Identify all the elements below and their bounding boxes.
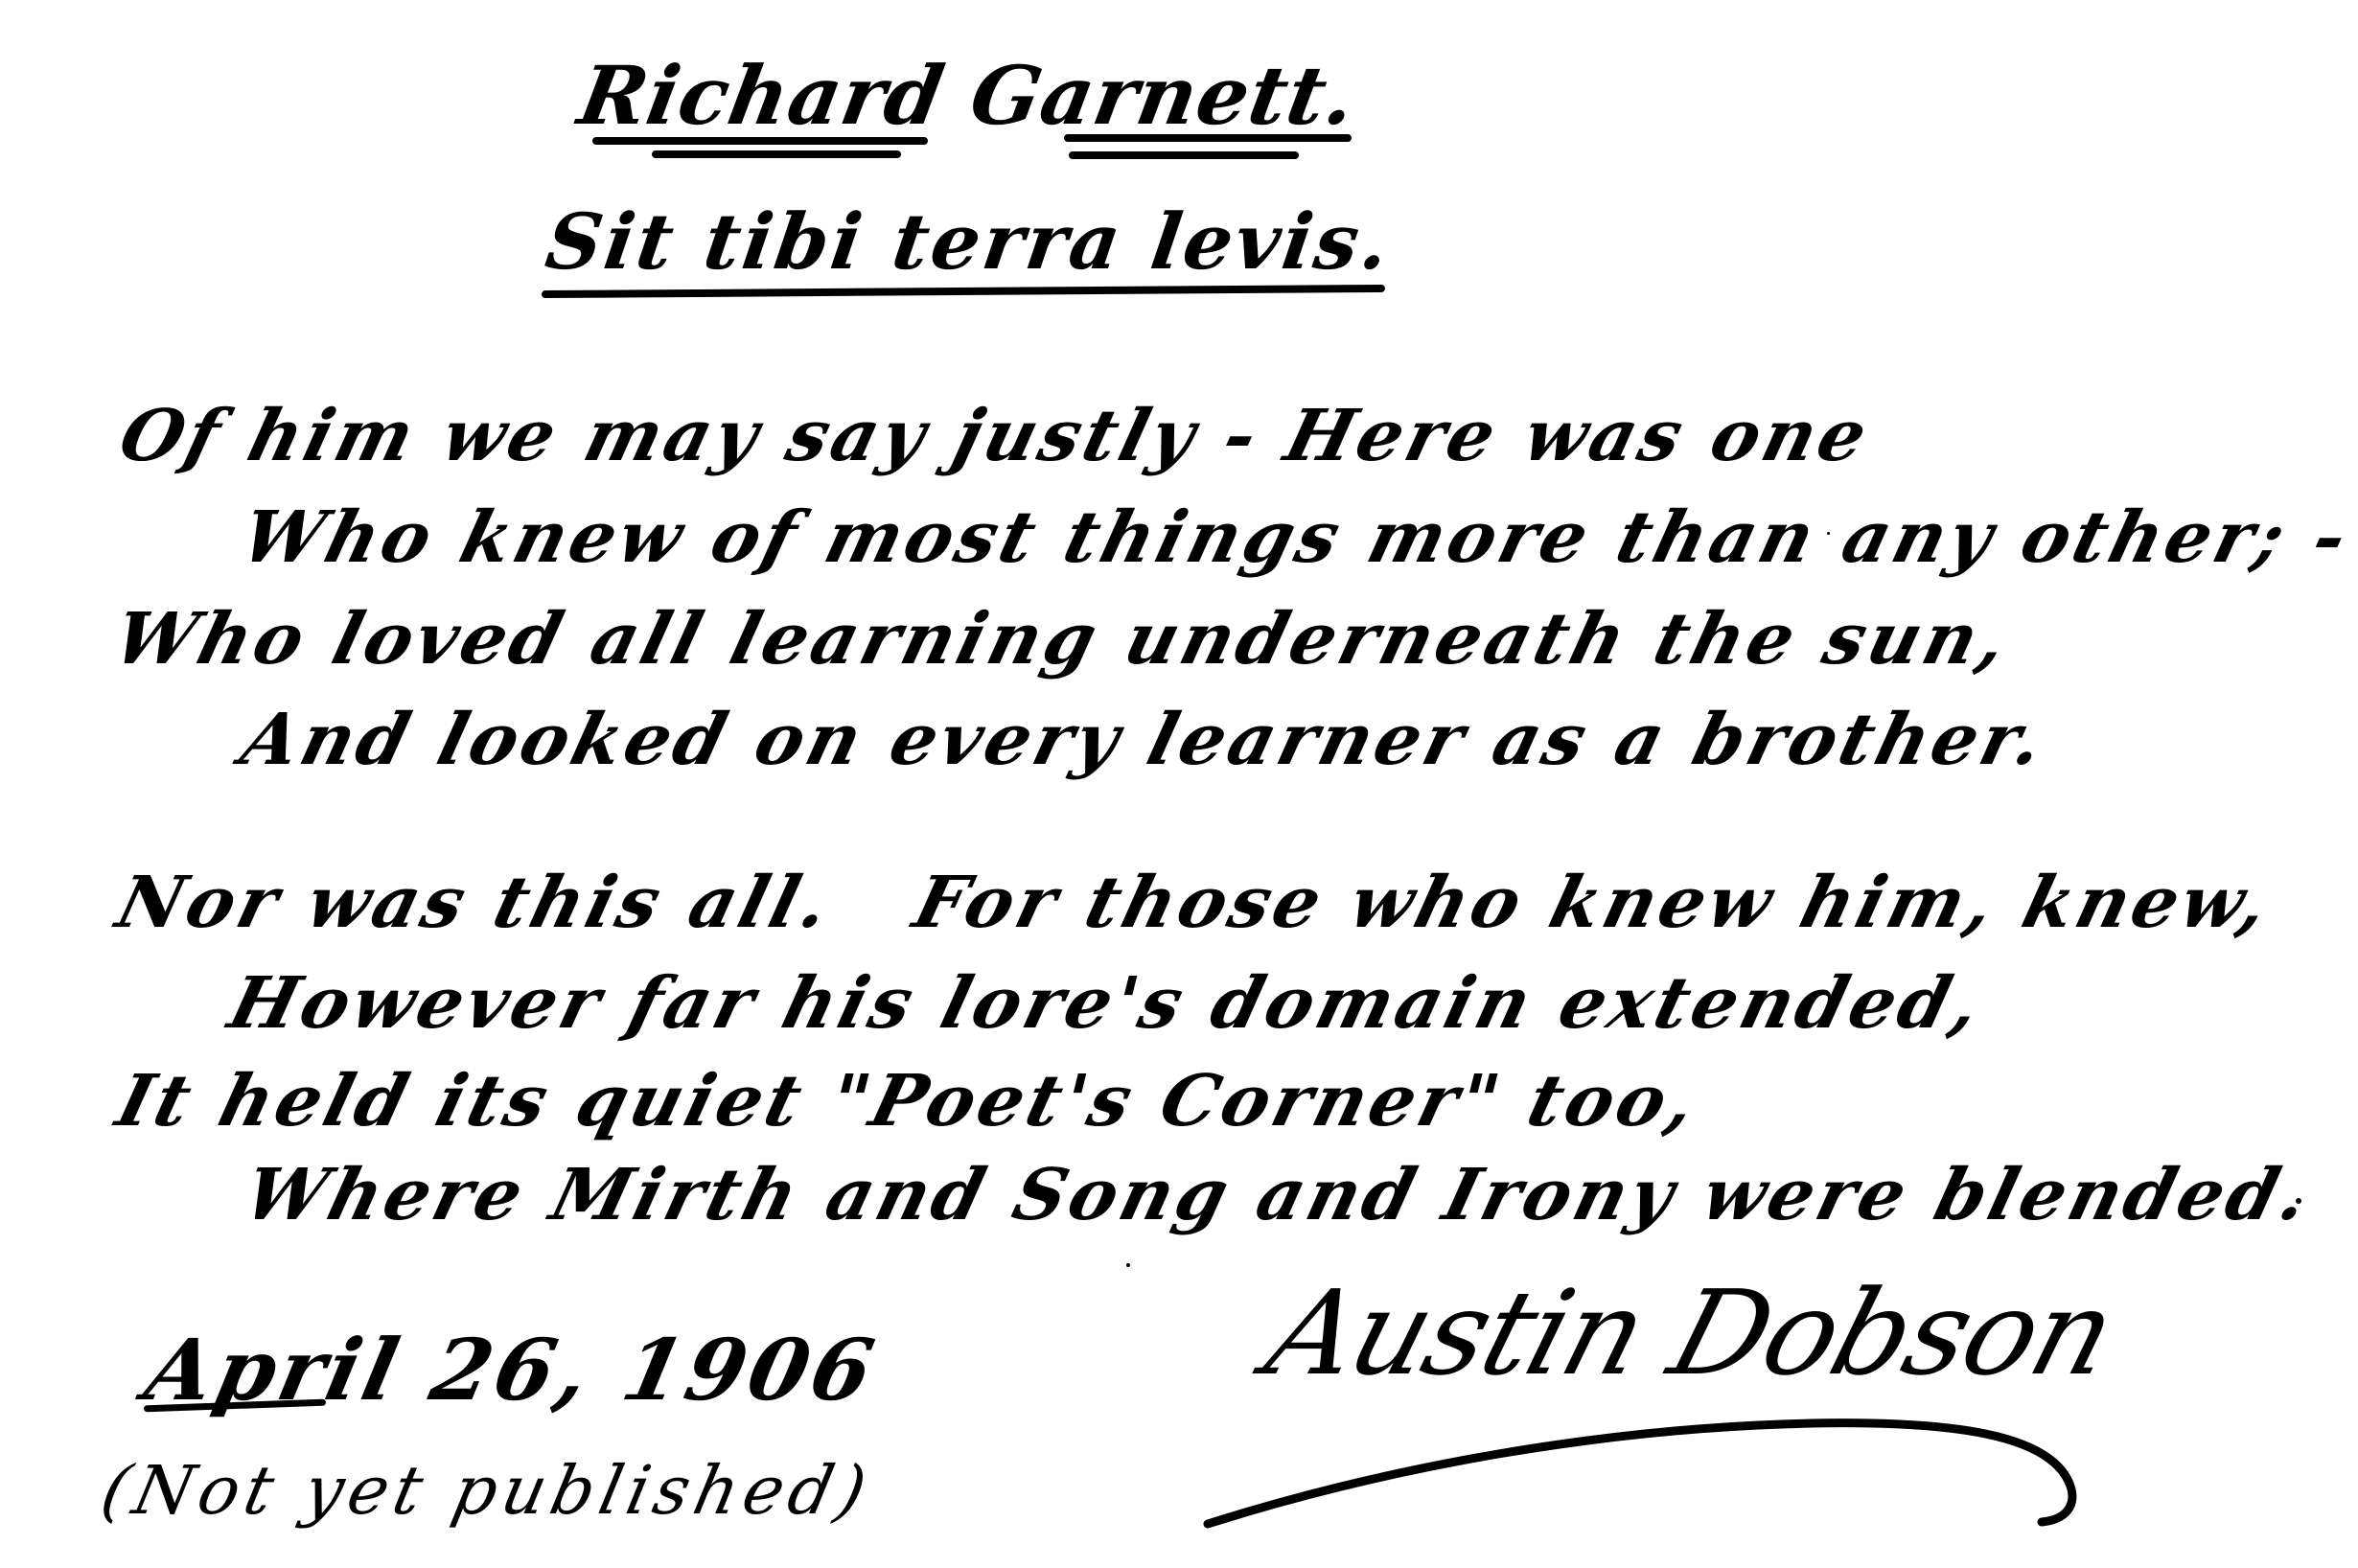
signature-flourish (1198, 1399, 2118, 1543)
verse-line: Who knew of most things more than any ot… (235, 502, 2357, 573)
verse-line: Nor was this all. For those who knew him… (110, 867, 2278, 938)
heading-underline (1069, 151, 1299, 159)
publication-note: (Not yet published) (96, 1457, 877, 1524)
ink-speck (1126, 1263, 1130, 1267)
heading-underline (1064, 134, 1352, 142)
verse-line: Who loved all learning underneath the su… (107, 604, 2018, 675)
verse-line: Where Mirth and Song and Irony were blen… (238, 1160, 2319, 1231)
epigraph: Sit tibi terra levis. (542, 203, 1397, 280)
manuscript-page: Richard Garnett. Sit tibi terra levis. O… (0, 0, 2358, 1568)
verse-line: Of him we may say justly - Here was one (113, 401, 1877, 472)
heading-underline (652, 150, 901, 158)
author-signature: Austin Dobson (1256, 1275, 2126, 1392)
ink-speck (1827, 532, 1830, 535)
verse-line: However far his lore's domain extended, (222, 968, 1990, 1039)
date-line: April 26, 1906 (139, 1327, 884, 1412)
ink-speck (2296, 1198, 2301, 1204)
poem-heading: Richard Garnett. (573, 56, 1362, 136)
verse-line: It held its quiet "Poet's Corner" too, (110, 1066, 1706, 1137)
epigraph-underline (542, 285, 1385, 298)
heading-underline (592, 137, 928, 145)
verse-line: And looked on every learner as a brother… (235, 704, 2054, 775)
